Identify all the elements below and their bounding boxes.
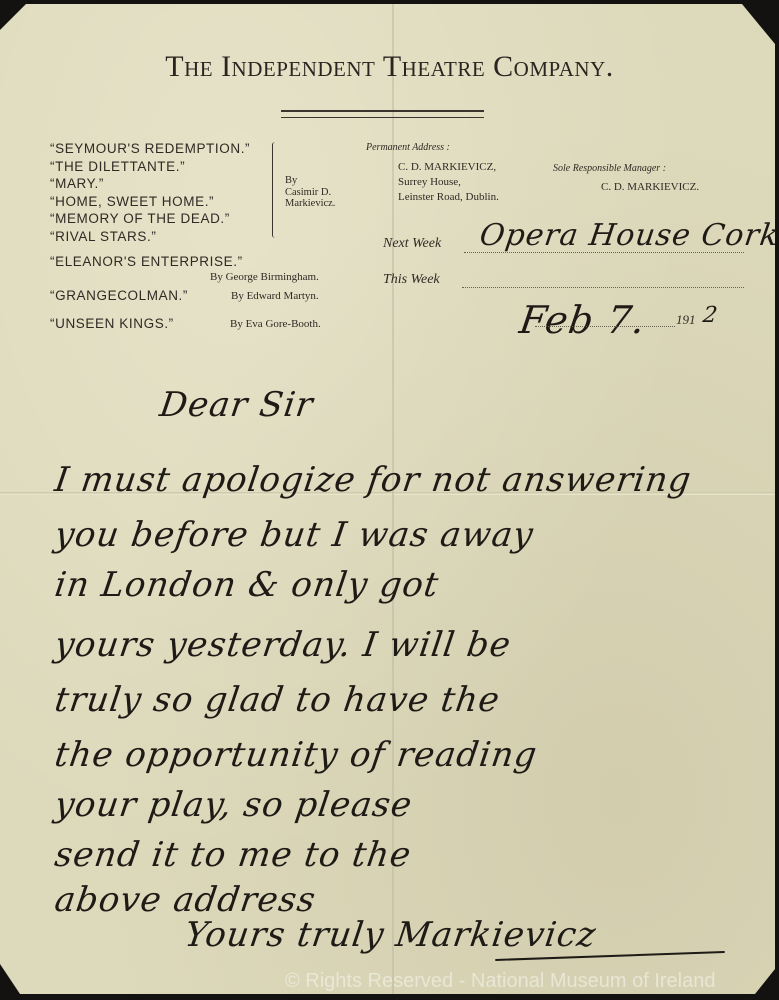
play-title: “SEYMOUR'S REDEMPTION.” — [50, 140, 250, 158]
letter-line: your play, so please — [52, 785, 415, 825]
letter-line: truly so glad to have the — [52, 680, 502, 720]
play-author: By Edward Martyn. — [231, 290, 319, 302]
play-title: “UNSEEN KINGS.” — [50, 316, 174, 331]
play-author: By George Birmingham. — [210, 271, 319, 283]
letter-line: above address — [52, 880, 318, 920]
address-line: C. D. MARKIEVICZ, — [398, 160, 499, 175]
letter-line: yours yesterday. I will be — [52, 625, 514, 665]
address-line: Surrey House, — [398, 175, 499, 190]
credit-line: Markievicz. — [285, 198, 335, 210]
title-double-rule — [281, 110, 484, 118]
manager-label: Sole Responsible Manager : — [553, 163, 666, 174]
play-title: “RIVAL STARS.” — [50, 228, 250, 246]
letter-line: I must apologize for not answering — [52, 460, 694, 500]
permanent-address: C. D. MARKIEVICZ, Surrey House, Leinster… — [398, 160, 499, 205]
permanent-address-label: Permanent Address : — [366, 142, 450, 153]
closing-signature: Yours truly Markievicz — [182, 915, 599, 955]
credit-line: By — [285, 175, 335, 187]
play-title: “GRANGECOLMAN.” — [50, 288, 188, 303]
date-handwritten: Feb 7. — [517, 298, 649, 342]
letter-line: you before but I was away — [52, 515, 536, 555]
this-week-label: This Week — [383, 272, 440, 288]
next-week-handwritten: Opera House Cork — [478, 218, 779, 253]
manager-name: C. D. MARKIEVICZ. — [601, 180, 699, 195]
letter-line: the opportunity of reading — [52, 735, 540, 775]
next-week-label: Next Week — [383, 236, 441, 252]
address-line: Leinster Road, Dublin. — [398, 190, 499, 205]
play-title: “MEMORY OF THE DEAD.” — [50, 210, 250, 228]
copyright-watermark: © Rights Reserved - National Museum of I… — [285, 970, 715, 993]
play-title: “THE DILETTANTE.” — [50, 158, 250, 176]
play-author: By Eva Gore-Booth. — [230, 318, 321, 330]
play-title: “ELEANOR'S ENTERPRISE.” — [50, 254, 243, 269]
letter-line: in London & only got — [52, 565, 441, 605]
play-title: “MARY.” — [50, 175, 250, 193]
markievicz-credit: By Casimir D. Markievicz. — [285, 175, 335, 210]
company-title: The Independent Theatre Company. — [0, 50, 779, 84]
credit-line: Casimir D. — [285, 187, 335, 199]
date-dotted-line — [535, 326, 675, 327]
letter-line: send it to me to the — [52, 835, 414, 875]
salutation: Dear Sir — [157, 385, 316, 425]
this-week-dotted-line — [462, 287, 744, 288]
markievicz-plays-list: “SEYMOUR'S REDEMPTION.” “THE DILETTANTE.… — [50, 140, 250, 245]
play-title: “HOME, SWEET HOME.” — [50, 193, 250, 211]
brace-bracket — [272, 142, 279, 238]
year-prefix: 191 — [676, 312, 696, 328]
